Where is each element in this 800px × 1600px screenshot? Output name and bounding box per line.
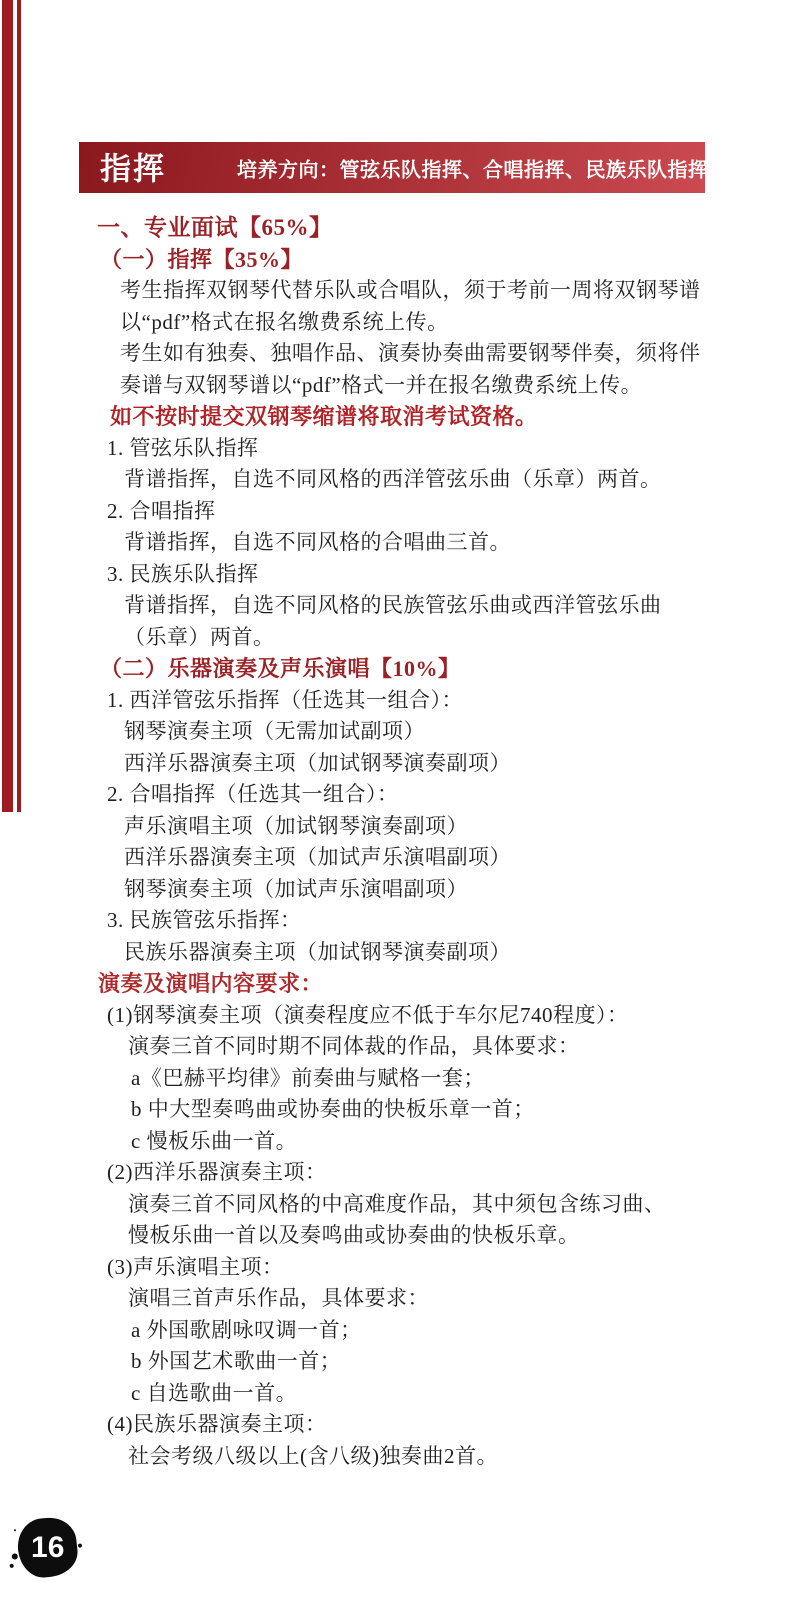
text-line: 背谱指挥，自选不同风格的西洋管弦乐曲（乐章）两首。 [0, 464, 780, 496]
text-line: 2. 合唱指挥 [0, 496, 780, 528]
text-line: 考生如有独奏、独唱作品、演奏协奏曲需要钢琴伴奏，须将伴 [0, 338, 780, 370]
section-title-bar: 指挥 培养方向：管弦乐队指挥、合唱指挥、民族乐队指挥 [79, 142, 705, 193]
page-number-badge: 16 [15, 1515, 80, 1580]
section-title: 指挥 [100, 143, 166, 188]
text-line: 2. 合唱指挥（任选其一组合）： [0, 779, 780, 811]
text-line: c 自选歌曲一首。 [0, 1378, 780, 1410]
text-line: 钢琴演奏主项（无需加试副项） [0, 716, 780, 748]
text-line: 1. 管弦乐队指挥 [0, 433, 780, 465]
text-line: （乐章）两首。 [0, 622, 780, 654]
text-line: 以“pdf”格式在报名缴费系统上传。 [0, 307, 780, 339]
text-line: 1. 西洋管弦乐指挥（任选其一组合）： [0, 685, 780, 717]
text-line: 奏谱与双钢琴谱以“pdf”格式一并在报名缴费系统上传。 [0, 370, 780, 402]
document-body: 一、专业面试【65%】（一）指挥【35%】考生指挥双钢琴代替乐队或合唱队，须于考… [0, 212, 780, 1472]
text-line: 演奏及演唱内容要求： [0, 968, 780, 1000]
text-line: 一、专业面试【65%】 [0, 212, 780, 244]
text-line: 背谱指挥，自选不同风格的合唱曲三首。 [0, 527, 780, 559]
text-line: 钢琴演奏主项（加试声乐演唱副项） [0, 874, 780, 906]
text-line: 演奏三首不同风格的中高难度作品，其中须包含练习曲、 [0, 1189, 780, 1221]
text-line: c 慢板乐曲一首。 [0, 1126, 780, 1158]
page-number: 16 [31, 1531, 64, 1565]
page: 指挥 培养方向：管弦乐队指挥、合唱指挥、民族乐队指挥 一、专业面试【65%】（一… [0, 0, 800, 1600]
text-line: 社会考级八级以上(含八级)独奏曲2首。 [0, 1441, 780, 1473]
text-line: 声乐演唱主项（加试钢琴演奏副项） [0, 811, 780, 843]
text-line: 慢板乐曲一首以及奏鸣曲或协奏曲的快板乐章。 [0, 1220, 780, 1252]
section-subtitle: 培养方向：管弦乐队指挥、合唱指挥、民族乐队指挥 [237, 153, 709, 182]
text-line: (1)钢琴演奏主项（演奏程度应不低于车尔尼740程度）： [0, 1000, 780, 1032]
text-line: (3)声乐演唱主项： [0, 1252, 780, 1284]
text-line: (4)民族乐器演奏主项： [0, 1409, 780, 1441]
text-line: 如不按时提交双钢琴缩谱将取消考试资格。 [0, 401, 780, 433]
text-line: 演唱三首声乐作品，具体要求： [0, 1283, 780, 1315]
text-line: 民族乐器演奏主项（加试钢琴演奏副项） [0, 937, 780, 969]
text-line: 西洋乐器演奏主项（加试声乐演唱副项） [0, 842, 780, 874]
text-line: （二）乐器演奏及声乐演唱【10%】 [0, 653, 780, 685]
text-line: 3. 民族乐队指挥 [0, 559, 780, 591]
text-line: b 外国艺术歌曲一首； [0, 1346, 780, 1378]
text-line: （一）指挥【35%】 [0, 244, 780, 276]
text-line: a 外国歌剧咏叹调一首； [0, 1315, 780, 1347]
text-line: 3. 民族管弦乐指挥： [0, 905, 780, 937]
text-line: (2)西洋乐器演奏主项： [0, 1157, 780, 1189]
text-line: 考生指挥双钢琴代替乐队或合唱队，须于考前一周将双钢琴谱 [0, 275, 780, 307]
text-line: 西洋乐器演奏主项（加试钢琴演奏副项） [0, 748, 780, 780]
text-line: b 中大型奏鸣曲或协奏曲的快板乐章一首； [0, 1094, 780, 1126]
text-line: 演奏三首不同时期不同体裁的作品，具体要求： [0, 1031, 780, 1063]
text-line: 背谱指挥，自选不同风格的民族管弦乐曲或西洋管弦乐曲 [0, 590, 780, 622]
text-line: a《巴赫平均律》前奏曲与赋格一套； [0, 1063, 780, 1095]
